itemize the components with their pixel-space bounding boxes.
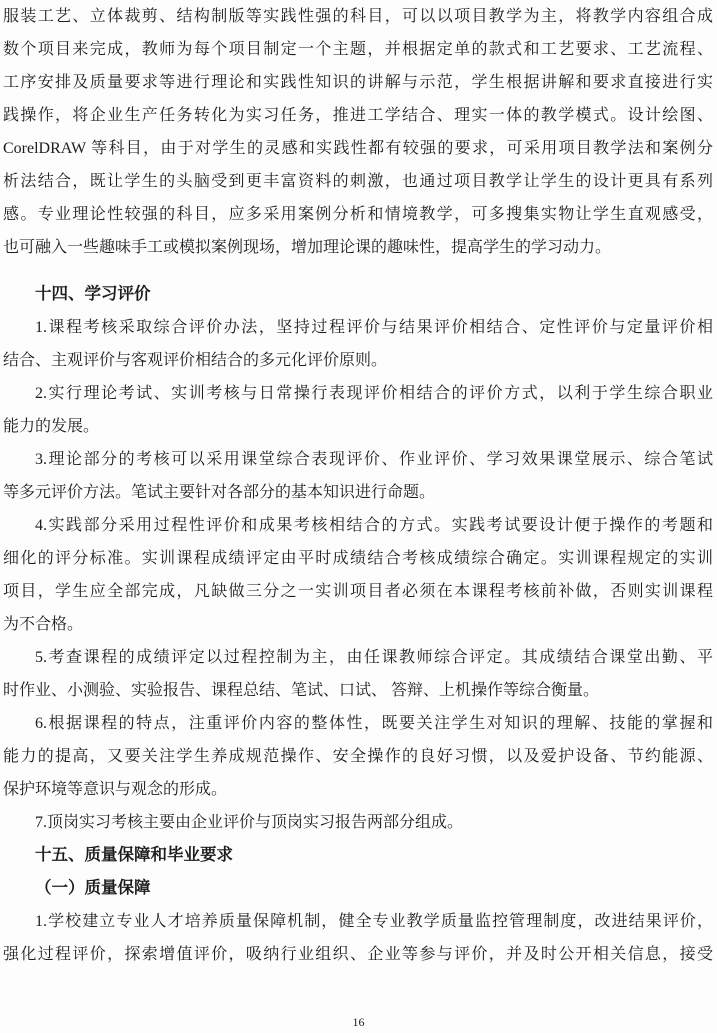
paragraph: 5.考查课程的成绩评定以过程控制为主，由任课教师综合评定。其成绩结合课堂出勤、平… [3,641,713,707]
text-line: 项目，学生应全部完成，凡缺做三分之一实训项目者必须在本课程考核前补做，否则实训课… [3,575,713,608]
text-line: 1.课程考核采取综合评价办法，坚持过程评价与结果评价相结合、定性评价与定量评价相 [3,311,713,344]
paragraph-continuation: 服装工艺、立体裁剪、结构制版等实践性强的科目，可以以项目教学为主，将教学内容组合… [3,0,713,264]
text-line: 能力的发展。 [3,410,713,443]
subsection-heading-quality: （一）质量保障 [3,872,713,905]
text-line: 等多元评价方法。笔试主要针对各部分的基本知识进行命题。 [3,476,713,509]
text-line: 结合、主观评价与客观评价相结合的多元化评价原则。 [3,344,713,377]
paragraph: 2.实行理论考试、实训考核与日常操行表现评价相结合的评价方式，以利于学生综合职业… [3,377,713,443]
text-line: 4.实践部分采用过程性评价和成果考核相结合的方式。实践考试要设计便于操作的考题和 [3,509,713,542]
text-line: 感。专业理论性较强的科目，应多采用案例分析和情境教学，可多搜集实物让学生直观感受… [3,198,713,231]
text-line: 3.理论部分的考核可以采用课堂综合表现评价、作业评价、学习效果课堂展示、综合笔试 [3,443,713,476]
text-line: 数个项目来完成，教师为每个项目制定一个主题，并根据定单的款式和工艺要求、工艺流程… [3,33,713,66]
text-line: 工序安排及质量要求等进行理论和实践性知识的讲解与示范，学生根据讲解和要求直接进行… [3,66,713,99]
text-line: 也可融入一些趣味手工或模拟案例现场，增加理论课的趣味性，提高学生的学习动力。 [3,231,713,264]
paragraph: 1.学校建立专业人才培养质量保障机制，健全专业教学质量监控管理制度，改进结果评价… [3,905,713,971]
text-line: 能力的提高，又要关注学生养成规范操作、安全操作的良好习惯，以及爱护设备、节约能源… [3,740,713,773]
section-heading-14: 十四、学习评价 [3,278,713,311]
text-line: CorelDRAW 等科目，由于对学生的灵感和实践性都有较强的要求，可采用项目教… [3,132,713,165]
text-line: 析法结合，既让学生的头脑受到更丰富资料的刺激，也通过项目教学让学生的设计更具有系… [3,165,713,198]
document-content: 服装工艺、立体裁剪、结构制版等实践性强的科目，可以以项目教学为主，将教学内容组合… [3,0,713,971]
text-line: 强化过程评价，探索增值评价，吸纳行业组织、企业等参与评价，并及时公开相关信息，接… [3,938,713,971]
text-line: 时作业、小测验、实验报告、课程总结、笔试、口试、 答辩、上机操作等综合衡量。 [3,674,713,707]
text-line: 5.考查课程的成绩评定以过程控制为主，由任课教师综合评定。其成绩结合课堂出勤、平 [3,641,713,674]
text-line: 为不合格。 [3,608,713,641]
paragraph: 4.实践部分采用过程性评价和成果考核相结合的方式。实践考试要设计便于操作的考题和… [3,509,713,641]
paragraph: 1.课程考核采取综合评价办法，坚持过程评价与结果评价相结合、定性评价与定量评价相… [3,311,713,377]
paragraph: 6.根据课程的特点，注重评价内容的整体性，既要关注学生对知识的理解、技能的掌握和… [3,707,713,806]
section-heading-15: 十五、质量保障和毕业要求 [3,839,713,872]
text-line: 保护环境等意识与观念的形成。 [3,773,713,806]
text-line: 7.顶岗实习考核主要由企业评价与顶岗实习报告两部分组成。 [3,806,713,839]
text-line: 细化的评分标准。实训课程成绩评定由平时成绩结合考核成绩综合确定。实训课程规定的实… [3,542,713,575]
page-number: 16 [0,1015,717,1029]
text-line: 6.根据课程的特点，注重评价内容的整体性，既要关注学生对知识的理解、技能的掌握和 [3,707,713,740]
text-line: 服装工艺、立体裁剪、结构制版等实践性强的科目，可以以项目教学为主，将教学内容组合… [3,0,713,33]
text-line: 2.实行理论考试、实训考核与日常操行表现评价相结合的评价方式，以利于学生综合职业 [3,377,713,410]
document-page: 服装工艺、立体裁剪、结构制版等实践性强的科目，可以以项目教学为主，将教学内容组合… [0,0,717,1033]
text-line: 1.学校建立专业人才培养质量保障机制，健全专业教学质量监控管理制度，改进结果评价… [3,905,713,938]
paragraph: 7.顶岗实习考核主要由企业评价与顶岗实习报告两部分组成。 [3,806,713,839]
text-line: 践操作，将企业生产任务转化为实习任务，推进工学结合、理实一体的教学模式。设计绘图… [3,99,713,132]
paragraph: 3.理论部分的考核可以采用课堂综合表现评价、作业评价、学习效果课堂展示、综合笔试… [3,443,713,509]
